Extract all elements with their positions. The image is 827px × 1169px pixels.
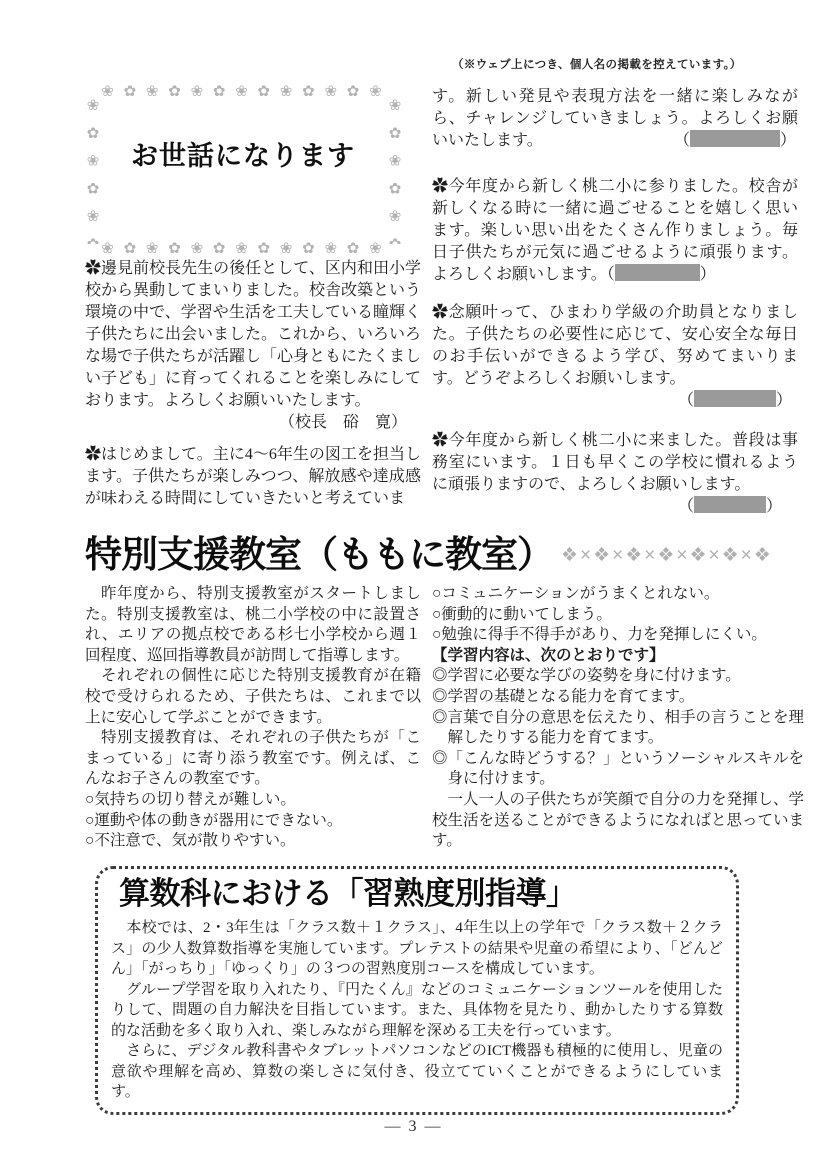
math-paragraph: 本校では、2・3年生は「クラス数＋１クラス」、4年生以上の学年で「クラス数＋２ク… [111,918,723,980]
floral-border-top-icon: ❀ ✿ ❀ ✿ ❀ ✿ ❀ ✿ ❀ ✿ ❀ ✿ ❀ [89,82,397,101]
floral-border-bottom-icon: ❀ ✿ ❀ ✿ ❀ ✿ ❀ ✿ ❀ ✿ ❀ ✿ ❀ [89,239,397,258]
greeting-right-column: す。新しい発見や表現方法を一緒に楽しみながら、チャレンジしていきましょう。よろし… [432,86,798,518]
momoni-paragraph: 昨年度から、特別支援教室がスタートしました。特別支援教室は、桃二小学校の中に設置… [85,584,421,666]
list-item: ○運動や体の動きが器用にできない。 [85,811,421,832]
paren-close: ） [780,132,796,149]
greeting-title: お世話になります [85,134,401,173]
greeting-paragraph: ✿邊見前校長先生の後任として、区内和田小学校から異動してまいりました。校舎改築と… [85,258,421,412]
clover-ornament-icon: ❖×❖×❖×❖×❖×❖×❖ [561,545,773,566]
greeting-paragraph: ✿今年度から新しく桃二小に参りました。校舎が新しくなる時に一緒に過ごせることを嬉… [432,176,798,286]
paren-open: （ [607,266,615,283]
math-paragraph: グループ学習を取り入れたり、『円たくん』などのコミュニケーションツールを使用した… [111,980,723,1042]
list-item: ○衝動的に動いてしまう。 [432,605,804,626]
momoni-left-column: 昨年度から、特別支援教室がスタートしました。特別支援教室は、桃二小学校の中に設置… [85,584,421,852]
math-paragraph: さらに、デジタル教科書やタブレットパソコンなどのICT機器も積極的に使用し、児童… [111,1041,723,1103]
redacted-name [694,390,776,407]
momoni-right-column: ○コミュニケーションがうまくとれない。 ○衝動的に動いてしまう。 ○勉強に得手不… [432,584,804,852]
greeting-paragraph: ✿今年度から新しく桃二小に来ました。普段は事務室にいます。１日も早くこの学校に慣… [432,430,798,496]
newsletter-page: （※ウェブ上につき、個人名の掲載を控えています。） ❀ ✿ ❀ ✿ ❀ ✿ ❀ … [0,0,827,1169]
page-number: — 3 — [0,1118,827,1136]
privacy-note: （※ウェブ上につき、個人名の掲載を控えています。） [452,56,742,72]
math-section-title: 算数科における「習熟度別指導」 [119,874,723,914]
signature-principal: （校長 硲 寛） [85,412,421,434]
redacted-name-line: （） [432,496,798,518]
redacted-name [615,264,700,281]
paren-open: （ [678,392,694,409]
list-item: ○不注意で、気が散りやすい。 [85,831,421,852]
list-item: ○気持ちの切り替えが難しい。 [85,790,421,811]
list-item: ◎「こんな時どうする？」というソーシャルスキルを身に付けます。 [432,749,804,790]
greeting-paragraph: ✿はじめまして。主に4～6年生の図工を担当します。子供たちが楽しみつつ、解放感や… [85,444,421,510]
paren-open: （ [674,132,690,149]
redacted-name [694,496,766,513]
momoni-paragraph: 特別支援教育は、それぞれの子供たちが「こまっている」に寄り添う教室です。例えば、… [85,728,421,790]
math-section-box: 算数科における「習熟度別指導」 本校では、2・3年生は「クラス数＋１クラス」、4… [95,866,739,1115]
list-item: ○コミュニケーションがうまくとれない。 [432,584,804,605]
section-heading-text: 特別支援教室（ももに教室） [85,534,553,575]
list-item: ○勉強に得手不得手があり、力を発揮しにくい。 [432,625,804,646]
list-item: ◎言葉で自分の意思を伝えたり、相手の言うことを理解したりする能力を育てます。 [432,708,804,749]
subheading-learning-content: 【学習内容は、次のとおりです】 [432,646,804,667]
greeting-frame: ❀ ✿ ❀ ✿ ❀ ✿ ❀ ✿ ❀ ✿ ❀ ✿ ❀ ❀ ✿ ❀ ✿ ❀ ✿ ❀ … [85,86,401,254]
redacted-name-line: （） [432,390,798,412]
paren-open: （ [678,498,694,515]
redacted-name [690,130,780,147]
paren-close: ） [700,266,716,283]
paren-close: ） [766,498,782,515]
greeting-paragraph: ✿念願叶って、ひまわり学級の介助員となりました。子供たちの必要性に応じて、安心安… [432,302,798,390]
momoni-closing-paragraph: 一人一人の子供たちが笑顔で自分の力を発揮し、学校生活を送ることができるようになれ… [432,790,804,852]
list-item: ◎学習の基礎となる能力を育てます。 [432,687,804,708]
section-heading-momoni: 特別支援教室（ももに教室）❖×❖×❖×❖×❖×❖×❖ [85,524,773,578]
greeting-left-column: ✿邊見前校長先生の後任として、区内和田小学校から異動してまいりました。校舎改築と… [85,258,421,510]
momoni-paragraph: それぞれの個性に応じた特別支援教育が在籍校で受けられるため、子供たちは、これまで… [85,666,421,728]
paren-close: ） [776,392,792,409]
list-item: ◎学習に必要な学びの姿勢を身に付けます。 [432,666,804,687]
